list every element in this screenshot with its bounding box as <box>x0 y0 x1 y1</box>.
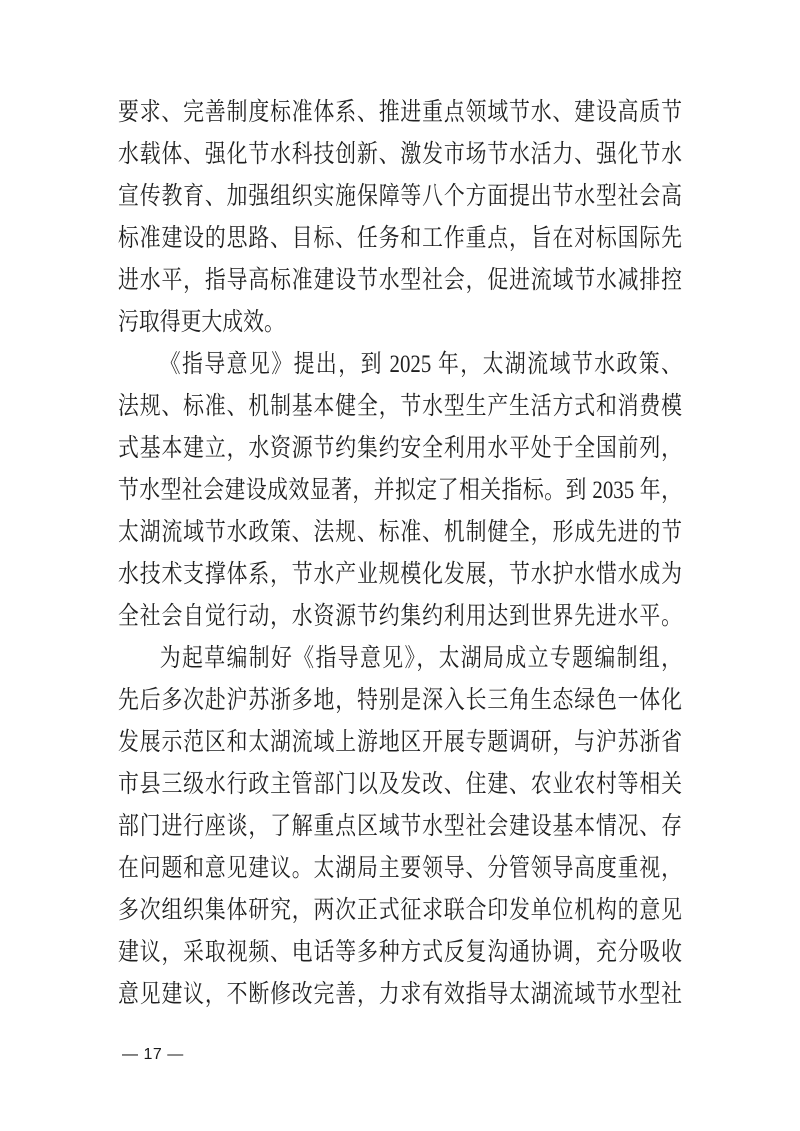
text-line: 法规、标准、机制基本健全，节水型生产生活方式和消费模 <box>118 386 682 428</box>
text-line: 为起草编制好《指导意见》，太湖局成立专题编制组， <box>118 638 682 680</box>
text-line: 进水平，指导高标准建设节水型社会，促进流域节水减排控 <box>118 260 682 302</box>
paragraph-3: 为起草编制好《指导意见》，太湖局成立专题编制组， 先后多次赴沪苏浙多地，特别是深… <box>118 638 682 1016</box>
text-line: 《指导意见》提出，到 2025 年，太湖流域节水政策、 <box>118 344 682 386</box>
text-line: 节水型社会建设成效显著，并拟定了相关指标。到 2035 年， <box>118 470 682 512</box>
document-page: 要求、完善制度标准体系、推进重点领域节水、建设高质节 水载体、强化节水科技创新、… <box>0 0 800 1131</box>
text-line: 建议，采取视频、电话等多种方式反复沟通协调，充分吸收 <box>118 932 682 974</box>
text-line: 要求、完善制度标准体系、推进重点领域节水、建设高质节 <box>118 92 682 134</box>
text-line: 水技术支撑体系，节水产业规模化发展，节水护水惜水成为 <box>118 554 682 596</box>
text-line: 式基本建立，水资源节约集约安全利用水平处于全国前列， <box>118 428 682 470</box>
text-line: 水载体、强化节水科技创新、激发市场节水活力、强化节水 <box>118 134 682 176</box>
text-line: 发展示范区和太湖流域上游地区开展专题调研，与沪苏浙省 <box>118 722 682 764</box>
text-line: 标准建设的思路、目标、任务和工作重点，旨在对标国际先 <box>118 218 682 260</box>
text-line: 宣传教育、加强组织实施保障等八个方面提出节水型社会高 <box>118 176 682 218</box>
paragraph-1: 要求、完善制度标准体系、推进重点领域节水、建设高质节 水载体、强化节水科技创新、… <box>118 92 682 344</box>
text-line: 在问题和意见建议。太湖局主要领导、分管领导高度重视， <box>118 848 682 890</box>
text-line: 部门进行座谈，了解重点区域节水型社会建设基本情况、存 <box>118 806 682 848</box>
text-line: 全社会自觉行动，水资源节约集约利用达到世界先进水平。 <box>118 596 682 638</box>
text-block: 要求、完善制度标准体系、推进重点领域节水、建设高质节 水载体、强化节水科技创新、… <box>118 92 682 1016</box>
text-line: 太湖流域节水政策、法规、标准、机制健全，形成先进的节 <box>118 512 682 554</box>
text-line: 意见建议，不断修改完善，力求有效指导太湖流域节水型社 <box>118 974 682 1016</box>
paragraph-2: 《指导意见》提出，到 2025 年，太湖流域节水政策、 法规、标准、机制基本健全… <box>118 344 682 638</box>
text-line: 市县三级水行政主管部门以及发改、住建、农业农村等相关 <box>118 764 682 806</box>
text-line: 多次组织集体研究，两次正式征求联合印发单位机构的意见 <box>118 890 682 932</box>
text-line: 污取得更大成效。 <box>118 302 682 344</box>
text-line: 先后多次赴沪苏浙多地，特别是深入长三角生态绿色一体化 <box>118 680 682 722</box>
page-number: — 17 — <box>122 1046 184 1064</box>
